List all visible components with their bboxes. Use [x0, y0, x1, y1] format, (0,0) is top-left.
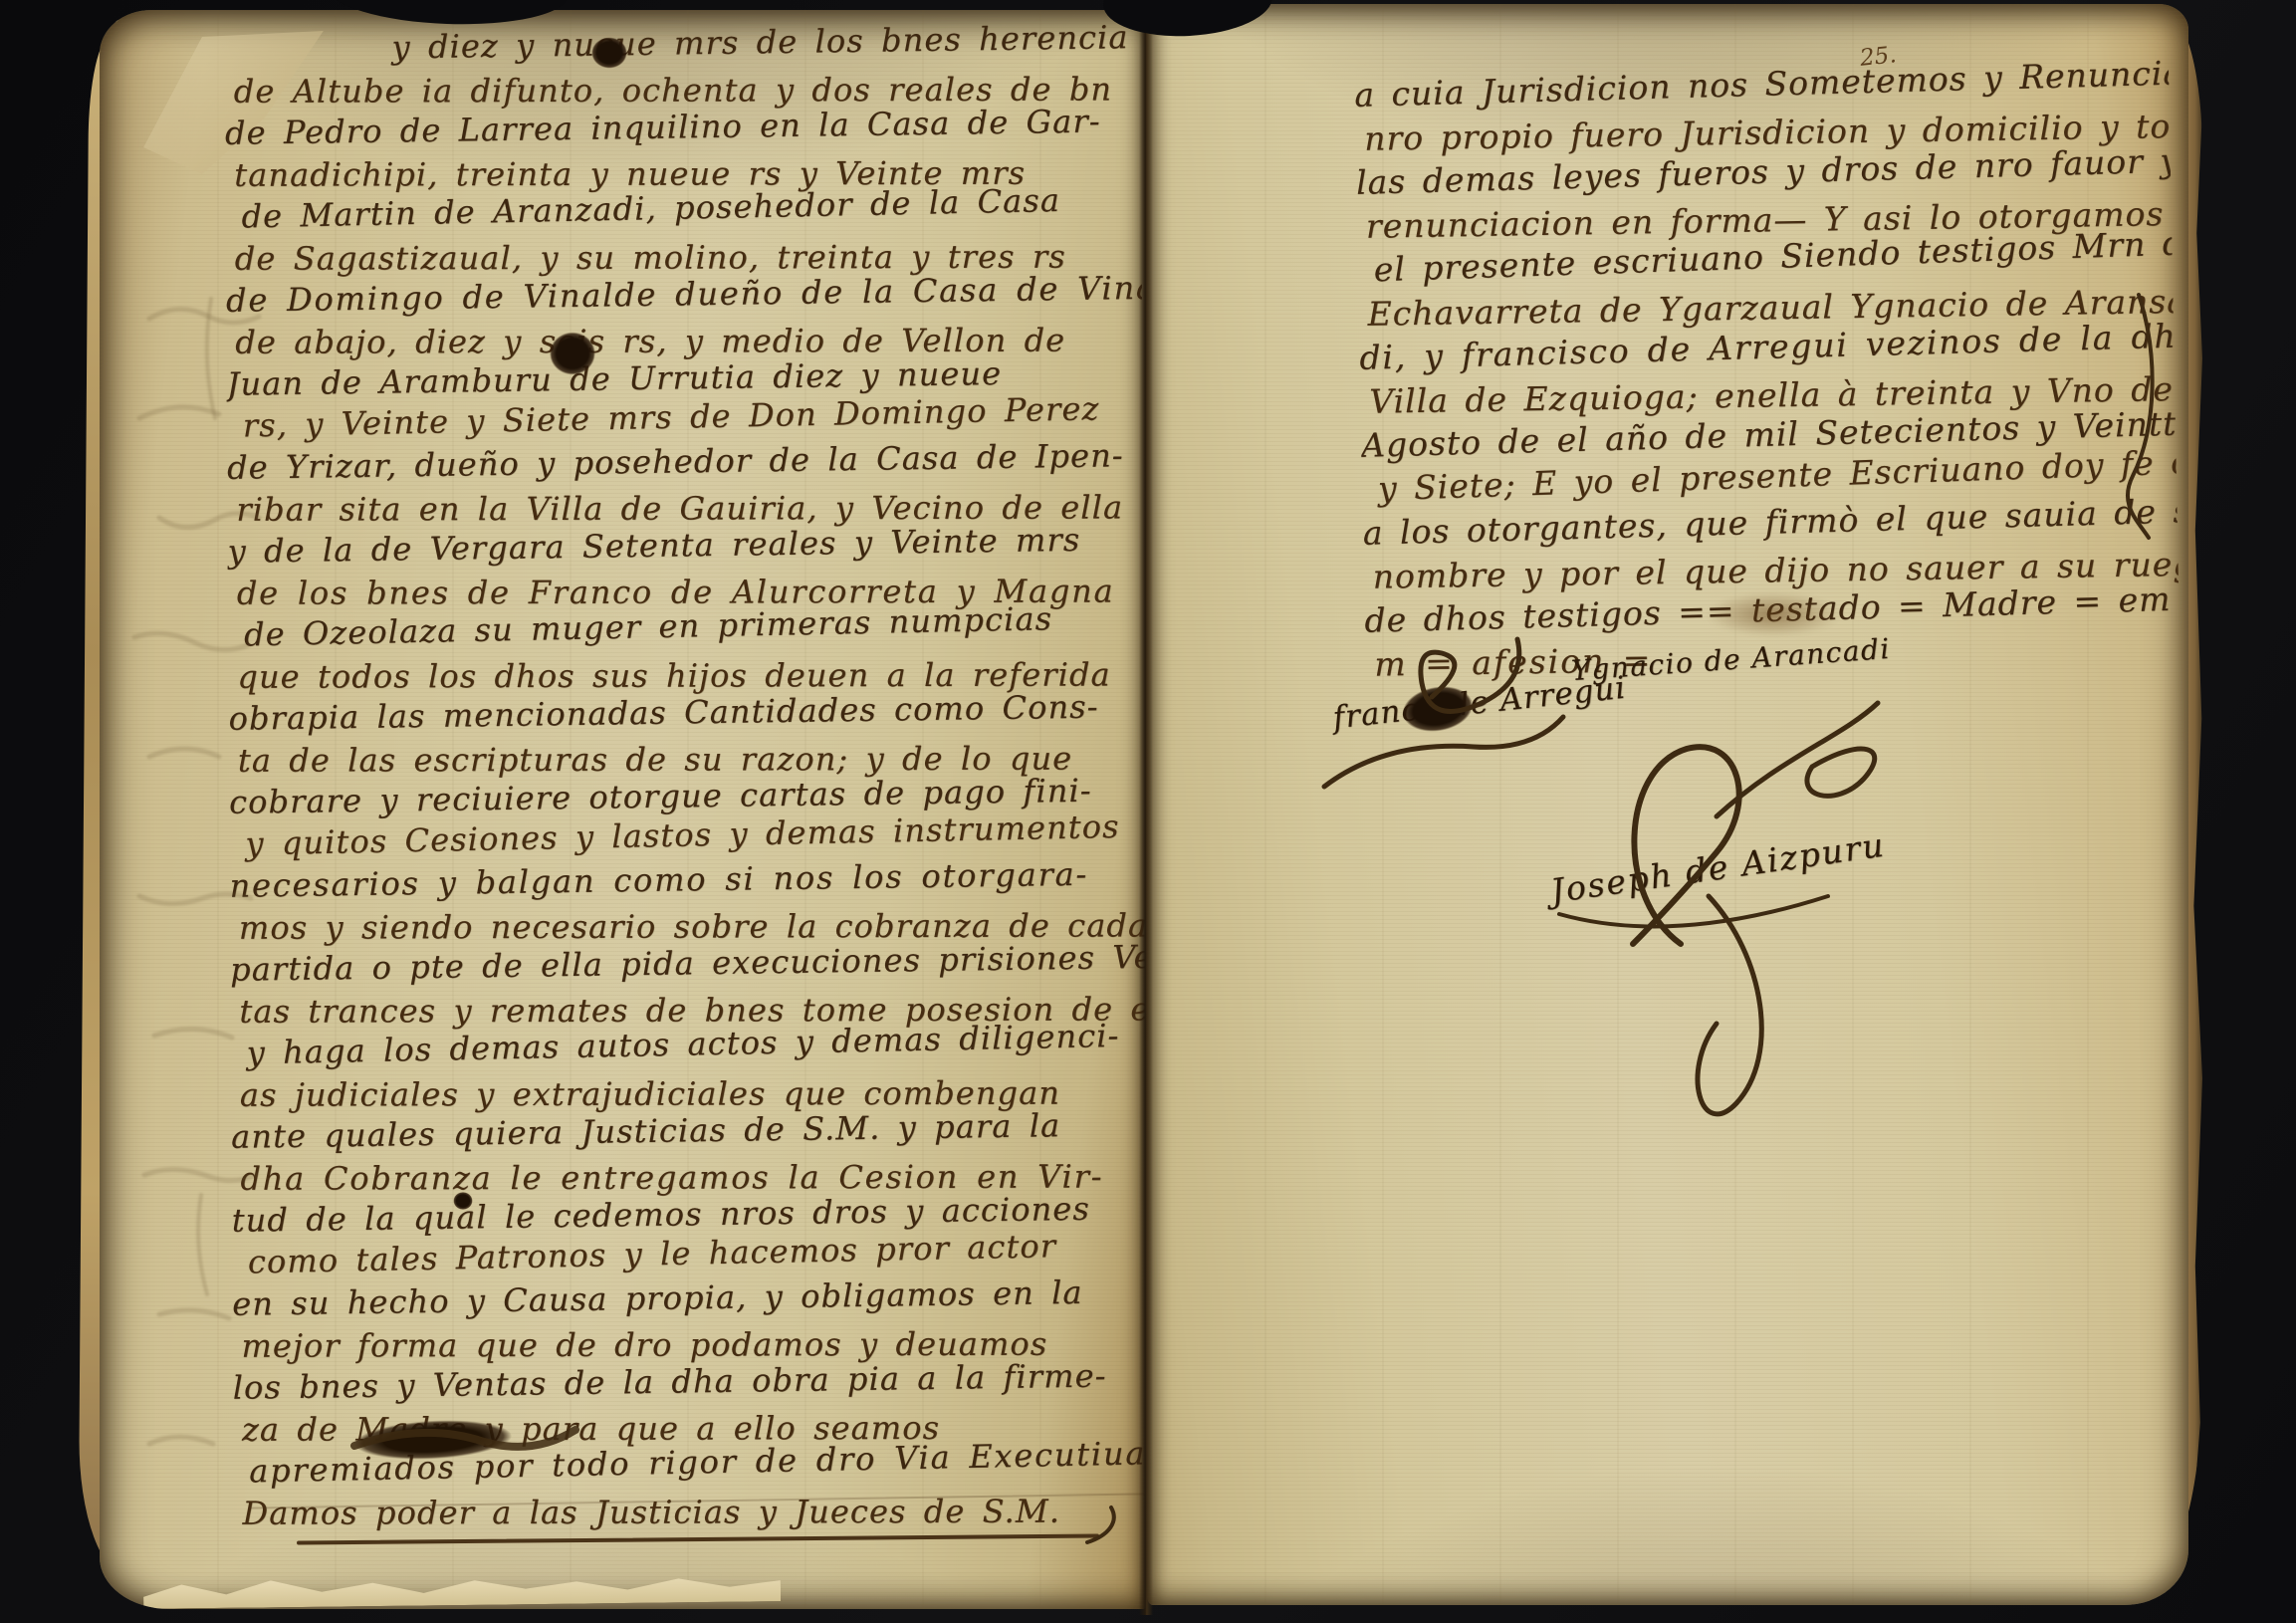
right-page: 25. a cuia Jurisdicion nos Sometemos y R… — [1147, 4, 2188, 1605]
photo-background: y diez y nueue mrs de los bnes herencia … — [0, 0, 2296, 1623]
ink-blot — [542, 325, 603, 382]
manuscript-line: y diez y nueue mrs de los bnes herencia … — [224, 23, 1140, 71]
ink-smudge — [1681, 583, 1866, 645]
left-page-text: y diez y nueue mrs de los bnes herencia … — [224, 23, 1147, 1546]
ink-blot — [450, 1189, 476, 1213]
signature-joseph: Joseph de Aizpuru — [1548, 825, 1888, 911]
left-page: y diez y nueue mrs de los bnes herencia … — [100, 10, 1147, 1609]
ink-blot — [585, 32, 633, 74]
binding-gutter — [1139, 0, 1153, 1615]
torn-bottom-edge — [143, 1571, 781, 1609]
